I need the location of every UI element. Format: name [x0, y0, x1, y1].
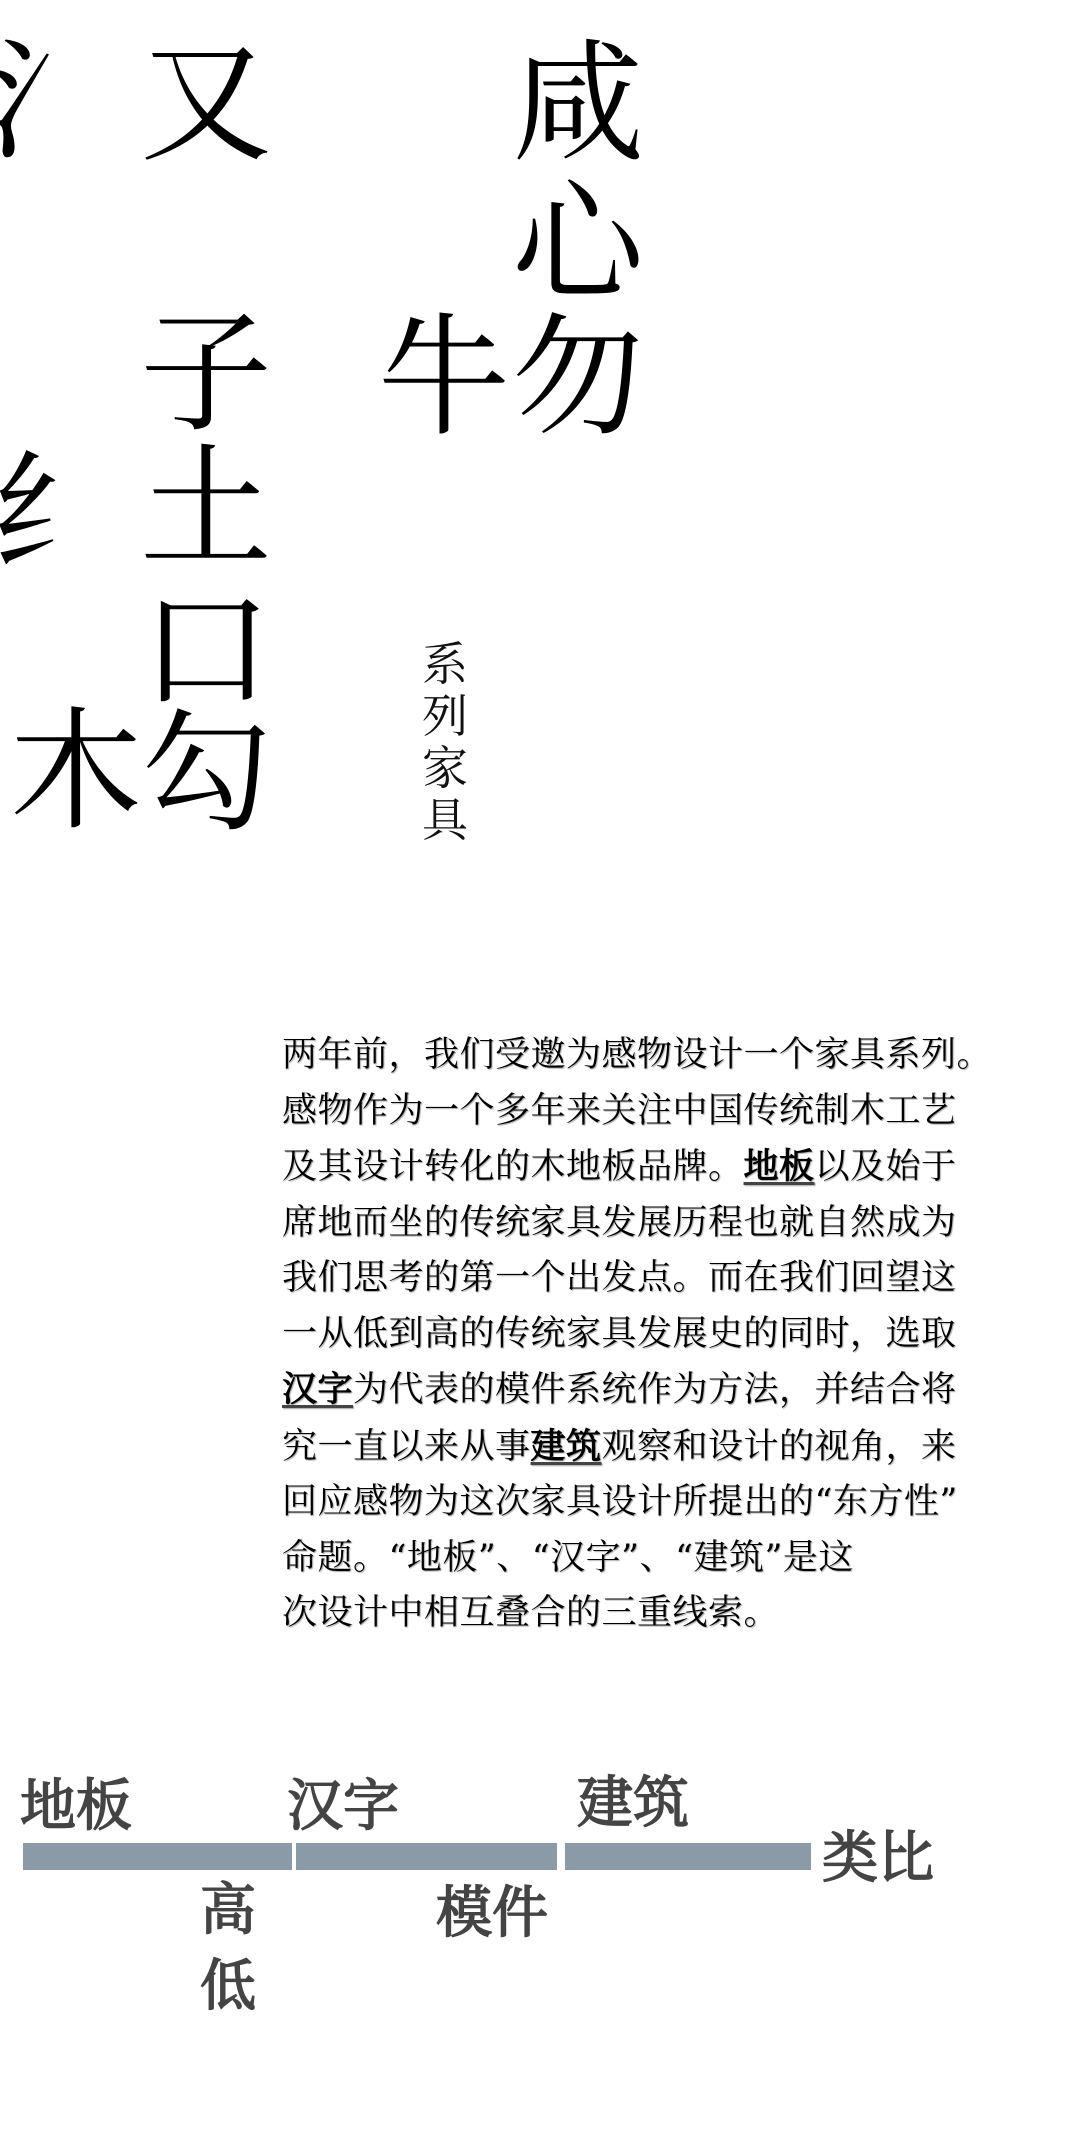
- glyph-xin: 心: [512, 178, 644, 310]
- line-text: 我们思考的第一个出发点。而在我们回望这: [282, 1258, 957, 1298]
- glyph-silk-radical: 纟: [0, 448, 60, 580]
- line-text: 席地而坐的传统家具发展历程也就自然成为: [282, 1203, 957, 1243]
- line-text: 及其设计转化的木地板品牌。: [282, 1147, 744, 1187]
- vertical-subtitle-char: 列: [420, 690, 470, 742]
- glyph-zi: 子: [140, 308, 272, 440]
- vertical-subtitle-char: 具: [420, 794, 470, 846]
- keyword-architecture: 建筑: [531, 1426, 602, 1467]
- diagram-label-floor: 地板: [20, 1778, 132, 1834]
- diagram-bar-segment-architecture: [565, 1843, 811, 1870]
- glyph-gou: 勾: [140, 708, 272, 840]
- paragraph-line: 我们思考的第一个出发点。而在我们回望这: [282, 1251, 1080, 1307]
- glyph-niu: 牛: [378, 312, 510, 444]
- line-text: 感物作为一个多年来关注中国传统制木工艺: [282, 1091, 957, 1131]
- line-text: 为代表的模件系统作为方法，并结合将: [353, 1370, 957, 1410]
- paragraph-line: 及其设计转化的木地板品牌。地板以及始于: [282, 1139, 1080, 1196]
- glyph-roof-radical-text: 宀: [140, 170, 272, 240]
- glyph-you: 又: [140, 38, 272, 170]
- line-text: 以及始于: [815, 1147, 957, 1187]
- line-text: 命题。“地板”、“汉字”、“建筑”是这: [282, 1538, 854, 1578]
- line-text: 究一直以来从事: [282, 1427, 531, 1467]
- vertical-subtitle-char: 家: [420, 742, 470, 794]
- paragraph-line: 究一直以来从事建筑观察和设计的视角，来: [282, 1419, 1080, 1476]
- diagram-label-module: 模件: [436, 1885, 548, 1941]
- line-text: 一从低到高的传统家具发展史的同时，选取: [282, 1314, 957, 1354]
- paragraph-line: 一从低到高的传统家具发展史的同时，选取: [282, 1307, 1080, 1363]
- line-text: 两年前，我们受邀为感物设计一个家具系列。: [282, 1035, 992, 1075]
- keyword-characters: 汉字: [282, 1369, 353, 1410]
- paragraph-line: 次设计中相互叠合的三重线索。: [282, 1586, 1080, 1642]
- diagram-label-analogy: 类比: [822, 1830, 934, 1886]
- glyph-mu: 木: [10, 706, 142, 838]
- vertical-subtitle-char: 系: [420, 638, 470, 690]
- paragraph-line: 命题。“地板”、“汉字”、“建筑”是这: [282, 1531, 1080, 1587]
- vertical-subtitle: 系 列 家 具: [420, 638, 470, 846]
- glyph-water-radical: 氵: [0, 36, 52, 168]
- diagram-label-architecture: 建筑: [577, 1775, 689, 1831]
- paragraph-line: 汉字为代表的模件系统作为方法，并结合将: [282, 1362, 1080, 1419]
- line-text: 回应感物为这次家具设计所提出的“东方性”: [282, 1482, 958, 1522]
- paragraph-line: 回应感物为这次家具设计所提出的“东方性”: [282, 1475, 1080, 1531]
- diagram-label-low: 低: [200, 1958, 256, 2014]
- paragraph-line: 两年前，我们受邀为感物设计一个家具系列。: [282, 1028, 1080, 1084]
- paragraph-line: 感物作为一个多年来关注中国传统制木工艺: [282, 1084, 1080, 1140]
- paragraph-line: 席地而坐的传统家具发展历程也就自然成为: [282, 1196, 1080, 1252]
- diagram-bar-segment-floor: [23, 1843, 292, 1870]
- glyph-tu: 土: [140, 443, 272, 575]
- concept-diagram: 地板 汉字 建筑 类比 高 低 模件: [0, 1740, 1080, 2040]
- keyword-floor: 地板: [744, 1146, 815, 1187]
- article-paragraph: 两年前，我们受邀为感物设计一个家具系列。 感物作为一个多年来关注中国传统制木工艺…: [282, 1028, 1080, 1642]
- diagram-label-characters: 汉字: [287, 1778, 399, 1834]
- glyph-wu: 勿: [512, 312, 644, 444]
- glyph-xian: 咸: [512, 38, 644, 170]
- glyph-roof-radical: 宀: [140, 170, 272, 240]
- line-text: 次设计中相互叠合的三重线索。: [282, 1593, 779, 1633]
- diagram-label-high: 高: [200, 1882, 256, 1938]
- diagram-bar-segment-characters: [296, 1843, 557, 1870]
- line-text: 观察和设计的视角，来: [602, 1427, 957, 1467]
